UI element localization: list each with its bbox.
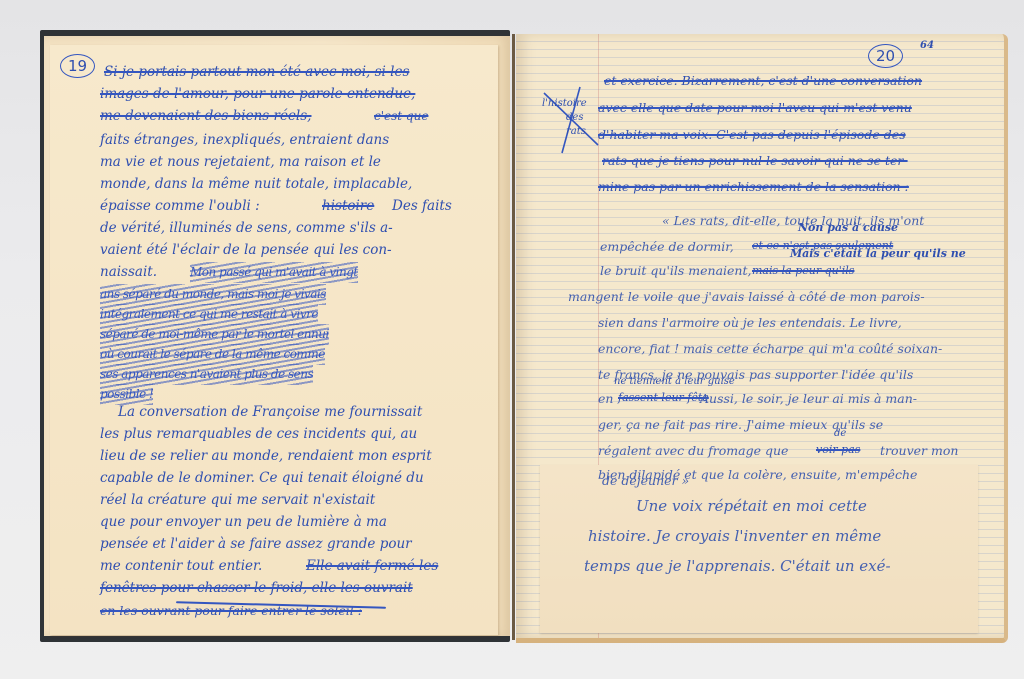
struck-line: Elle avait fermé les bbox=[306, 556, 438, 577]
slip-line: Une voix répétait en moi cette bbox=[636, 496, 867, 517]
struck-insertion: mais la peur qu'ils bbox=[752, 265, 854, 277]
quote-line: mangent le voile que j'avais laissé à cô… bbox=[568, 286, 925, 307]
handwritten-line: faits étranges, inexpliqués, entraient d… bbox=[100, 130, 389, 151]
handwritten-line: Des faits bbox=[392, 196, 452, 217]
scribbled-out-line: où courait le sépare de la même comme bbox=[100, 344, 325, 365]
struck-line: mine pas par un enrichissement de la sen… bbox=[598, 176, 909, 197]
handwritten-line: pensée et l'aider à se faire assez grand… bbox=[100, 534, 412, 555]
notebook-spine bbox=[512, 34, 515, 640]
handwritten-line: me contenir tout entier. bbox=[100, 556, 262, 577]
handwritten-line: La conversation de Françoise me fourniss… bbox=[118, 402, 422, 423]
struck-line: me devenaient des biens réels, bbox=[100, 106, 311, 127]
handwritten-line: naissait. bbox=[100, 262, 157, 283]
insertion-text: de bbox=[834, 428, 846, 440]
slip-line: histoire. Je croyais l'inventer en même bbox=[588, 526, 881, 547]
scribbled-out-line: séparé de moi-même par le mortel ennui bbox=[100, 324, 329, 345]
scribbled-out-line: ses apparences n'avaient plus de sens bbox=[100, 364, 313, 385]
margin-note-line: des bbox=[566, 112, 583, 124]
quote-line: régalent avec du fromage que bbox=[598, 440, 788, 461]
quote-line: empêchée de dormir, bbox=[600, 236, 734, 257]
struck-word: histoire bbox=[322, 196, 374, 217]
struck-insertion: fassent leur fête bbox=[618, 392, 709, 404]
margin-note-line: l'histoire bbox=[542, 98, 587, 110]
struck-line: d'habiter ma voix. C'est pas depuis l'ép… bbox=[598, 124, 906, 145]
scribbled-out-line: Mon passé qui m'avait à vingt bbox=[190, 262, 358, 283]
handwritten-line: les plus remarquables de ces incidents q… bbox=[100, 424, 417, 445]
handwritten-line: réel la créature qui me servait n'exista… bbox=[100, 490, 375, 511]
handwritten-line: lieu de se relier au monde, rendaient mo… bbox=[100, 446, 432, 467]
margin-note-line: rats bbox=[566, 126, 586, 138]
handwritten-line: de vérité, illuminés de sens, comme s'il… bbox=[100, 218, 393, 239]
insertion-text: ne tiennent à leur guise bbox=[614, 376, 735, 388]
struck-fragment: c'est que bbox=[374, 106, 428, 127]
quote-line: trouver mon bbox=[880, 440, 958, 461]
manuscript-notebook: 19 Si je portais partout mon été avec mo… bbox=[0, 0, 1024, 679]
struck-insertion: voir pas bbox=[816, 444, 860, 456]
insertion-text: Mais c'était la peur qu'ils ne bbox=[790, 248, 966, 260]
slip-line: temps que je l'apprenais. C'était un exé… bbox=[584, 556, 891, 577]
handwritten-line: monde, dans la même nuit totale, implaca… bbox=[100, 174, 412, 195]
scribbled-out-line: intégralement ce qui me restait à vivre bbox=[100, 304, 318, 325]
struck-line: et exercice. Bizarrement, c'est d'une co… bbox=[604, 70, 922, 91]
left-page-number: 19 bbox=[60, 54, 95, 78]
struck-line: avec elle que date pour moi l'aveu qui m… bbox=[598, 97, 912, 118]
insertion-text: Non pas à cause bbox=[798, 222, 898, 234]
scribbled-out-line: ans séparé du monde, mais moi je vivais bbox=[100, 284, 326, 305]
handwritten-line: que pour envoyer un peu de lumière à ma bbox=[100, 512, 387, 533]
right-page-number: 20 bbox=[868, 44, 903, 68]
handwritten-line: vaient été l'éclair de la pensée qui les… bbox=[100, 240, 392, 261]
handwritten-line: ma vie et nous rejetaient, ma raison et … bbox=[100, 152, 381, 173]
quote-line: sien dans l'armoire où je les entendais.… bbox=[598, 312, 902, 333]
quote-line-end: de déjeuner » bbox=[602, 470, 689, 491]
struck-line: fenêtres pour chasser le froid, elle les… bbox=[100, 578, 413, 599]
struck-line: images de l'amour, pour une parole enten… bbox=[100, 84, 415, 105]
quote-line: le bruit qu'ils menaient, bbox=[600, 260, 751, 281]
handwritten-line: capable de le dominer. Ce qui tenait élo… bbox=[100, 468, 424, 489]
struck-line: rats que je tiens pour nul le savoir qui… bbox=[602, 150, 908, 171]
quote-line: Aussi, le soir, je leur ai mis à man- bbox=[700, 388, 917, 409]
alt-page-number: 64 bbox=[920, 40, 934, 52]
struck-line: Si je portais partout mon été avec moi, … bbox=[104, 62, 409, 83]
quote-line: en bbox=[598, 388, 613, 409]
quote-line: encore, fiat ! mais cette écharpe qui m'… bbox=[598, 338, 942, 359]
handwritten-line: épaisse comme l'oubli : bbox=[100, 196, 260, 217]
